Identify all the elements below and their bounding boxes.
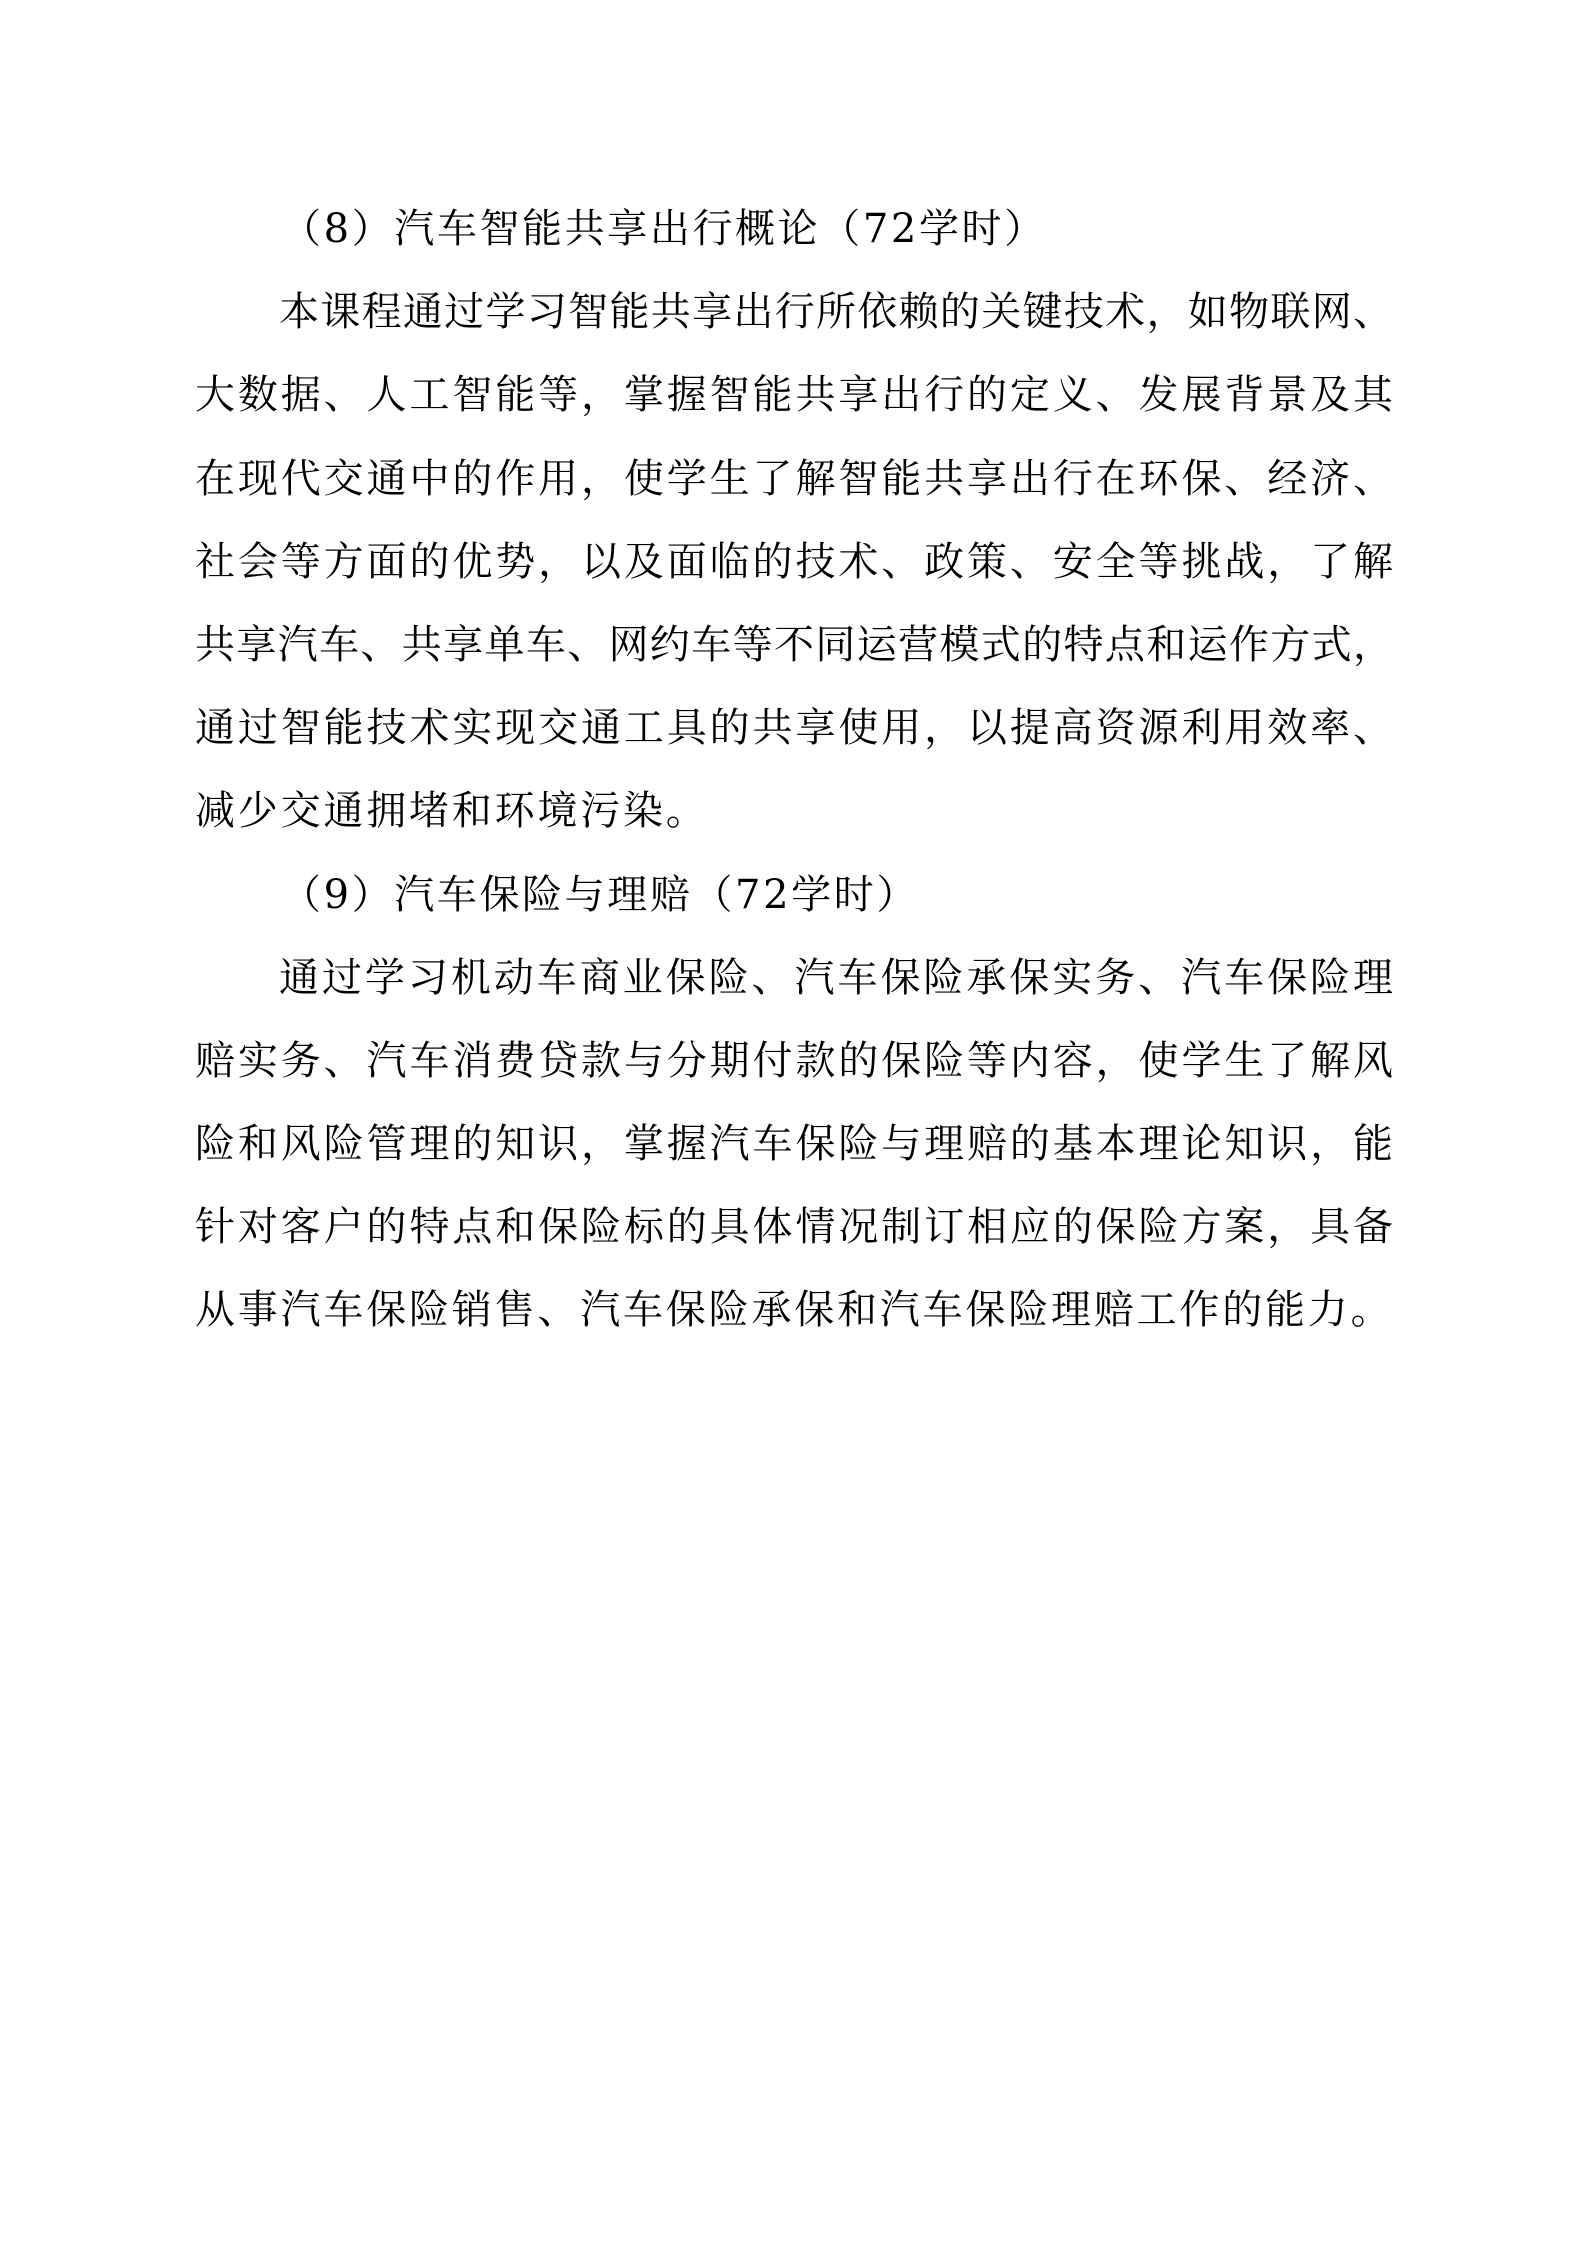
paragraph-line: 在现代交通中的作用，使学生了解智能共享出行在环保、经济、 [195, 438, 1393, 521]
paragraph-line: 险和风险管理的知识，掌握汽车保险与理赔的基本理论知识，能 [195, 1103, 1393, 1186]
paragraph-line: 从事汽车保险销售、汽车保险承保和汽车保险理赔工作的能力。 [195, 1269, 1393, 1352]
section-heading-9: （9）汽车保险与理赔（72学时） [195, 854, 1393, 937]
section-heading-8: （8）汽车智能共享出行概论（72学时） [195, 188, 1393, 271]
document-page: （8）汽车智能共享出行概论（72学时） 本课程通过学习智能共享出行所依赖的关键技… [0, 0, 1587, 2245]
paragraph-line: 大数据、人工智能等，掌握智能共享出行的定义、发展背景及其 [195, 354, 1393, 437]
paragraph-line: 共享汽车、共享单车、网约车等不同运营模式的特点和运作方式， [195, 604, 1393, 687]
paragraph-line: 社会等方面的优势，以及面临的技术、政策、安全等挑战，了解 [195, 521, 1393, 604]
section-paragraph-8: 本课程通过学习智能共享出行所依赖的关键技术，如物联网、 大数据、人工智能等，掌握… [195, 271, 1393, 853]
document-body: （8）汽车智能共享出行概论（72学时） 本课程通过学习智能共享出行所依赖的关键技… [195, 188, 1393, 1353]
paragraph-line: 本课程通过学习智能共享出行所依赖的关键技术，如物联网、 [195, 271, 1393, 354]
paragraph-line: 赔实务、汽车消费贷款与分期付款的保险等内容，使学生了解风 [195, 1020, 1393, 1103]
paragraph-line: 通过智能技术实现交通工具的共享使用，以提高资源利用效率、 [195, 687, 1393, 770]
paragraph-line: 针对客户的特点和保险标的具体情况制订相应的保险方案，具备 [195, 1186, 1393, 1269]
paragraph-line: 通过学习机动车商业保险、汽车保险承保实务、汽车保险理 [195, 937, 1393, 1020]
section-paragraph-9: 通过学习机动车商业保险、汽车保险承保实务、汽车保险理 赔实务、汽车消费贷款与分期… [195, 937, 1393, 1353]
paragraph-line: 减少交通拥堵和环境污染。 [195, 770, 1393, 853]
